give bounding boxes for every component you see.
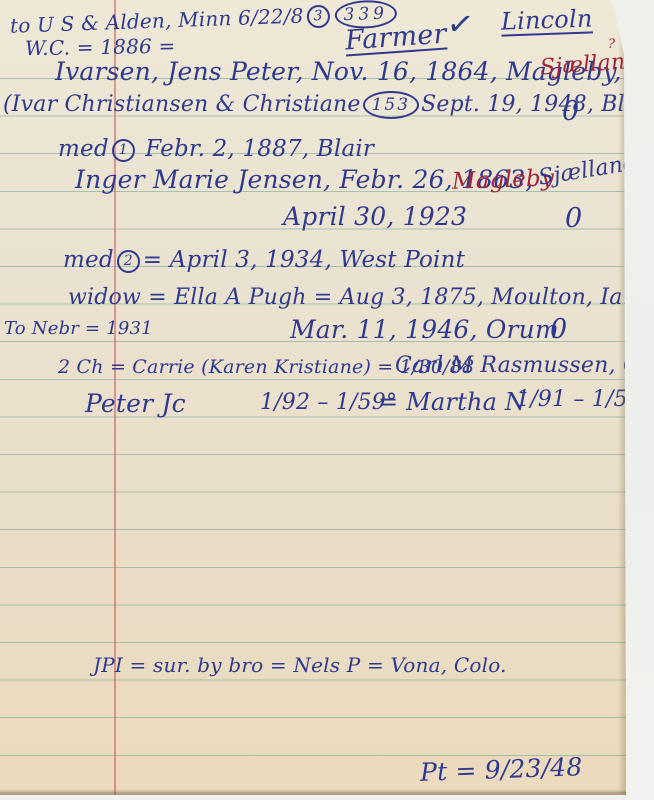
- child-son-name: Peter Jc: [85, 390, 186, 419]
- occupation-label: Farmer: [344, 18, 448, 56]
- marriage2-prefix: med: [63, 247, 114, 273]
- paper-bottom-edge-shadow: [0, 789, 626, 795]
- wife1-death-line: April 30, 1923: [283, 203, 467, 232]
- margin-note-nebr: To Nebr = 1931: [4, 319, 153, 340]
- marriage1-prefix: med: [58, 136, 109, 162]
- circled-reference-153: 153: [363, 91, 419, 119]
- marriage2-circled-number: 2: [117, 250, 140, 273]
- survivor-note: JPI = sur. by bro = Nels P = Vona, Colo.: [93, 654, 507, 677]
- zero-mark-1: 0: [562, 96, 579, 127]
- county-label: Lincoln: [501, 5, 593, 36]
- region-query-mark: ?: [608, 38, 615, 53]
- notebook-paper: to U S & Alden, Minn 6/22/83339 W.C. = 1…: [0, 0, 626, 795]
- children-line1b: Carl M Rasmussen, Orum: [395, 353, 654, 378]
- marriage1-details: Febr. 2, 1887, Blair: [145, 136, 374, 162]
- marriage1-circled-number: 1: [112, 139, 135, 162]
- marriage2-line: med2= April 3, 1934, West Point: [63, 247, 465, 275]
- parents-text: (Ivar Christiansen & Christiane: [3, 92, 361, 117]
- subject-name-line: Ivarsen, Jens Peter, Nov. 16, 1864, Magl…: [55, 58, 622, 87]
- parents-line: (Ivar Christiansen & Christiane153Sept. …: [3, 92, 654, 120]
- zero-mark-3: 0: [550, 314, 567, 345]
- circled-digit: 3: [306, 5, 330, 29]
- wife2-name-line: widow = Ella A Pugh = Aug 3, 1875, Moult…: [68, 285, 630, 310]
- child-daughter-name: = Martha N: [378, 389, 526, 417]
- scanned-genealogy-card: to U S & Alden, Minn 6/22/83339 W.C. = 1…: [0, 0, 654, 800]
- child-son-dates: 1/92 – 1/59°: [260, 390, 397, 415]
- marriage2-details: = April 3, 1934, West Point: [143, 247, 465, 273]
- emigration-text: to U S & Alden, Minn 6/22/8: [10, 4, 304, 38]
- check-mark-icon: ✓: [445, 4, 477, 44]
- wife2-death-line: Mar. 11, 1946, Orum: [290, 316, 559, 345]
- zero-mark-2: 0: [565, 203, 582, 234]
- marriage1-line: med1 Febr. 2, 1887, Blair: [58, 136, 374, 164]
- prepared-date-note: Pt = 9/23/48: [420, 753, 583, 787]
